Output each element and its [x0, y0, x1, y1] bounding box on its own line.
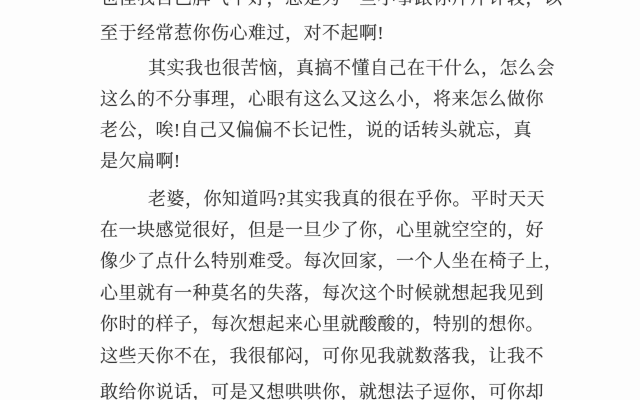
letter-line: 这么的不分事理，心眼有这么又这么小，将来怎么做你 [100, 88, 544, 110]
letter-line: 老公，唉!自己又偏偏不长记性，说的话转头就忘，真 [100, 119, 532, 141]
letter-line: 你时的样子，每次想起来心里就酸酸的，特别的想你。 [100, 313, 544, 335]
letter-line: 这些天你不在，我很郁闷，可你见我就数落我，让我不 [100, 345, 544, 367]
letter-line: 是欠扁啊! [100, 150, 181, 172]
letter-line: 老婆，你知道吗?其实我真的很在乎你。平时天天 [148, 188, 545, 210]
letter-line: 心里就有一种莫名的失落，每次这个时候就想起我见到 [100, 282, 544, 304]
letter-line: 像少了点什么特别难受。每次回家，一个人坐在椅子上， [100, 250, 563, 272]
letter-line: 也怪我自己脾气不好，总是为一些小事跟你斤斤计较，以 [100, 0, 563, 9]
letter-line: 至于经常惹你伤心难过，对不起啊! [100, 22, 384, 44]
letter-page: 也怪我自己脾气不好，总是为一些小事跟你斤斤计较，以 至于经常惹你伤心难过，对不起… [0, 0, 640, 400]
letter-line: 其实我也很苦恼，真搞不懂自己在干什么，怎么会 [148, 57, 555, 79]
letter-line: 在一块感觉很好，但是一旦少了你，心里就空空的，好 [100, 219, 544, 241]
letter-line: 敢给你说话，可是又想哄哄你，就想法子逗你，可你却 [100, 381, 544, 400]
